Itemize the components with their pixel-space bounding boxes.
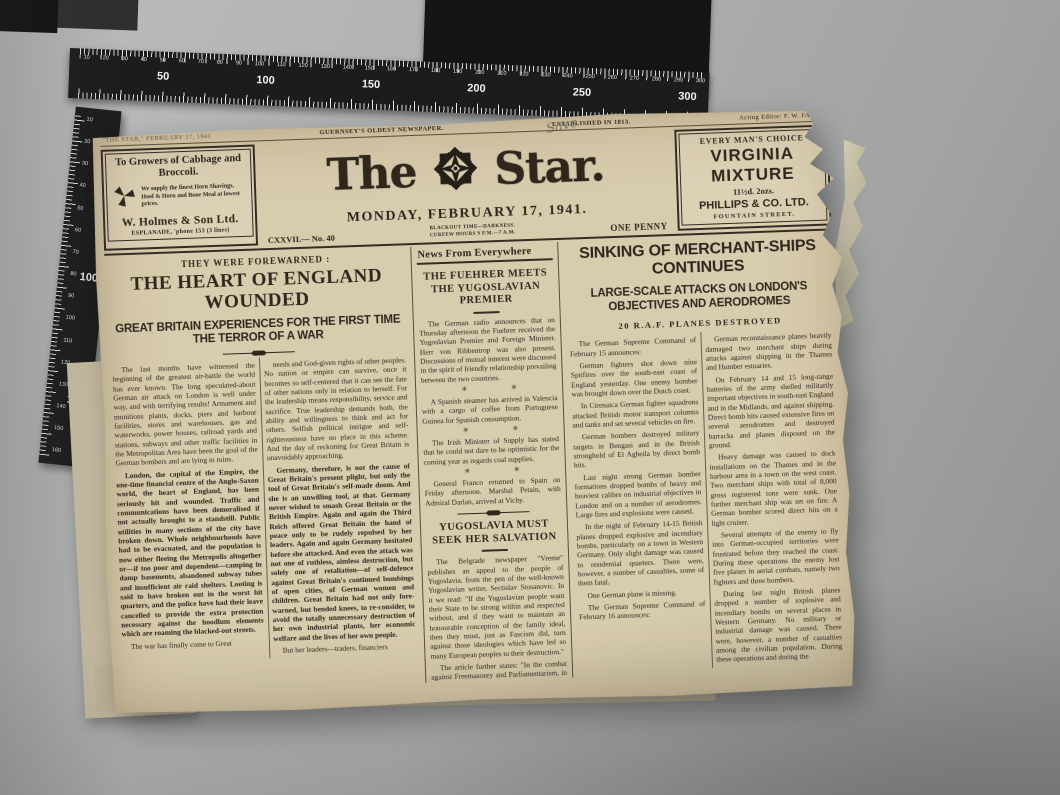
right-story-subcolumn-2: German reconnaissance planes heavily dam…: [700, 328, 847, 668]
paragraph: During last night British planes dropped…: [714, 585, 843, 664]
ruler-label: 160: [387, 67, 396, 73]
price-label: ONE PENNY: [610, 221, 668, 233]
advert-right-inner: EVERY MAN'S CHOICE VIRGINIA MIXTURE 11½d…: [678, 129, 827, 226]
ruler-label: 30: [122, 57, 128, 63]
ruler-label: 140: [56, 404, 66, 410]
left-story-subhead: GREAT BRITAIN EXPERIENCES FOR THE FIRST …: [107, 313, 410, 351]
title-word-the: The: [326, 151, 417, 196]
right-story-subcolumn-1: The German Supreme Command of February 1…: [565, 332, 711, 672]
meta-oldest-newspaper: GUERNSEY'S OLDEST NEWSPAPER.: [319, 125, 443, 136]
paragraph: On February 14 and 15 long-range batteri…: [706, 371, 835, 450]
front-page-columns: THEY WERE FOREWARNED : THE HEART OF ENGL…: [104, 232, 847, 693]
paragraph: German bombers destroyed military target…: [573, 428, 701, 470]
left-story-subcolumn-2: needs and God-given rights of other peop…: [258, 352, 420, 658]
ruler-label: 180: [431, 69, 440, 75]
meta-issue-date: "THE STAR," FEBRUARY 17, 1941: [102, 133, 211, 144]
news-item: The German radio announces that on Thurs…: [419, 315, 557, 385]
ruler-label: 220: [519, 72, 528, 78]
ruler-label: 230: [541, 73, 550, 79]
ruler-label: 160: [51, 448, 61, 454]
blackout-line2: CURFEW HOURS 9 P.M.—7 A.M.: [430, 230, 516, 238]
propeller-graphic-icon: [111, 183, 138, 215]
ruler-label: 150: [54, 426, 64, 432]
left-story-subcolumn-1: The last months have witnessed the begin…: [108, 358, 269, 664]
ruler-label: 70: [72, 250, 82, 256]
right-story-headline: SINKING OF MERCHANT-SHIPS CONTINUES: [562, 236, 833, 282]
yugoslavia-paragraphs: The Belgrade newspaper "Vreme" publishes…: [427, 553, 568, 683]
advert-left-headline: To Growers of Cabbage and Broccoli.: [110, 153, 247, 181]
ruler-label: 20: [103, 56, 109, 62]
paragraph: German fighters shot down nine Spitfires…: [570, 357, 698, 399]
yugoslavia-headline: YUGOSLAVIA MUST SEEK HER SALVATION: [426, 518, 563, 548]
ruler-label: 260: [607, 76, 616, 82]
ruler-label: 100: [255, 62, 264, 68]
ruler-label: 130: [58, 382, 68, 388]
ruler-label: 110: [277, 63, 286, 69]
ruler-label: 10: [86, 118, 96, 124]
ruler-label: 50: [77, 206, 87, 212]
paragraph: In Cirenaica German fighter squadrons at…: [572, 398, 699, 430]
advert-left: To Growers of Cabbage and Broccoli. We s…: [101, 144, 258, 250]
left-story-column: THEY WERE FOREWARNED : THE HEART OF ENGL…: [104, 247, 421, 693]
paragraph: In the night of February 14-15 British p…: [576, 518, 705, 588]
ornament-divider: [223, 351, 295, 355]
middle-column: News From Everywhere THE FUEHRER MEETS T…: [410, 242, 573, 683]
ruler-label: 100: [65, 316, 75, 322]
paragraph: The article further states: "In the comb…: [431, 659, 568, 683]
paragraph: needs and God-given rights of other peop…: [264, 355, 410, 463]
ruler-label: 130: [320, 65, 329, 71]
masthead-center: The: [263, 130, 670, 245]
ruler-label: 60: [75, 228, 85, 234]
paragraph: London, the capital of the Empire, the o…: [116, 466, 264, 639]
ruler-label: 120: [298, 64, 307, 70]
ruler-label-big: 50: [157, 71, 170, 82]
ruler-label-big: 150: [362, 79, 381, 91]
right-story-column: SINKING OF MERCHANT-SHIPS CONTINUES LARG…: [562, 232, 847, 677]
news-items: The German radio announces that on Thurs…: [419, 315, 561, 508]
left-story-headline: THE HEART OF ENGLAND WOUNDED: [105, 264, 408, 317]
ruler-label: 50: [160, 58, 166, 64]
fuehrer-headline: THE FUEHRER MEETS THE YUGOSLAVIAN PREMIE…: [417, 267, 554, 310]
ruler-label: 250: [585, 75, 594, 81]
ornament-divider: [458, 511, 530, 515]
ruler-label: 80: [217, 61, 223, 67]
ruler-label: 110: [63, 338, 73, 344]
news-item: General Franco returned to Spain on Frid…: [424, 475, 561, 508]
left-story-text: The last months have witnessed the begin…: [108, 352, 420, 664]
ruler-label: 10: [84, 56, 90, 62]
advert-right-product-line1: VIRGINIA: [684, 144, 821, 167]
advert-right-product-line2: MIXTURE: [685, 164, 822, 187]
ruler-label: 300: [696, 79, 705, 85]
paragraph: But her leaders—traders, financiers: [274, 641, 417, 655]
ruler-label: 270: [630, 77, 639, 83]
ruler-label: 290: [674, 78, 683, 84]
ruler-label-big: 200: [467, 83, 486, 95]
ruler-label: 60: [179, 59, 185, 65]
news-item: A Spanish steamer has arrived in Valenci…: [421, 393, 558, 426]
paragraph: The last months have witnessed the begin…: [112, 361, 258, 469]
paragraph: German reconnaissance planes heavily dam…: [705, 331, 833, 373]
ruler-label: 40: [141, 58, 147, 64]
paragraph: Germany, therefore, is not the cause of …: [267, 461, 416, 643]
paragraph: One German plane is missing.: [578, 587, 705, 601]
meta-editor: Acting Editor: F. W. FALLA.: [739, 112, 826, 122]
right-story-subhead: LARGE-SCALE ATTACKS ON LONDON'S OBJECTIV…: [564, 279, 835, 316]
ruler-label-big: 300: [678, 91, 697, 103]
news-from-everywhere-header: News From Everywhere: [416, 244, 552, 265]
backdrop-dark-corner: [0, 0, 59, 33]
ruler-label: 170: [409, 68, 418, 74]
news-item: The Irish Minister of Supply has stated …: [423, 434, 560, 467]
paragraph: The German Supreme Command of February 1…: [579, 599, 706, 622]
blackout-notice: BLACKOUT TIME—DARKNESS. CURFEW HOURS 9 P…: [430, 223, 516, 239]
paragraph: Last night strong German bomber formatio…: [574, 469, 702, 520]
ruler-label: 70: [198, 60, 204, 66]
newspaper: Save "THE STAR," FEBRUARY 17, 1941 GUERN…: [88, 105, 860, 719]
headline-underline: [482, 549, 508, 552]
ruler-label: 80: [70, 272, 80, 278]
newspaper-front-page: Save "THE STAR," FEBRUARY 17, 1941 GUERN…: [88, 105, 860, 719]
ruler-label: 150: [365, 66, 374, 72]
newspaper-title: The: [263, 132, 669, 209]
issue-number: CXXVII.— No. 40: [268, 233, 335, 245]
paragraph: The Belgrade newspaper "Vreme" publishes…: [427, 553, 566, 660]
paragraph: The German Supreme Command of February 1…: [570, 336, 697, 359]
photo-scene: 1020304050607080901001101201301401501601…: [0, 0, 1060, 795]
ruler-label-big: 250: [573, 87, 592, 99]
advert-left-body-row: We supply the finest Horn Shavings, Hoof…: [111, 179, 248, 215]
advert-right: EVERY MAN'S CHOICE VIRGINIA MIXTURE 11½d…: [674, 124, 831, 230]
ruler-label: 40: [79, 184, 89, 190]
advert-left-body: We supply the finest Horn Shavings, Hoof…: [141, 183, 248, 209]
paragraph: Heavy damage was caused to dock installa…: [709, 449, 838, 528]
ruler-label: 240: [563, 74, 572, 80]
advert-left-inner: To Growers of Cabbage and Broccoli. We s…: [105, 149, 254, 242]
ruler-label: 280: [652, 77, 661, 83]
ruler-label: 190: [453, 70, 462, 76]
ruler-label: 210: [497, 71, 506, 77]
right-story-text: The German Supreme Command of February 1…: [565, 328, 847, 672]
star-emblem-icon: [425, 139, 485, 204]
headline-underline: [474, 311, 500, 314]
ruler-label-big: 100: [256, 75, 275, 87]
paragraph: The war has finally come to Great: [122, 637, 265, 651]
ruler-label: 90: [68, 294, 78, 300]
title-word-star: Star.: [494, 145, 605, 191]
ruler-label: 140: [343, 65, 352, 71]
ruler-label: 200: [475, 71, 484, 77]
ruler-label: 90: [236, 61, 242, 67]
paragraph: Several attempts of the enemy to fly int…: [712, 526, 840, 586]
